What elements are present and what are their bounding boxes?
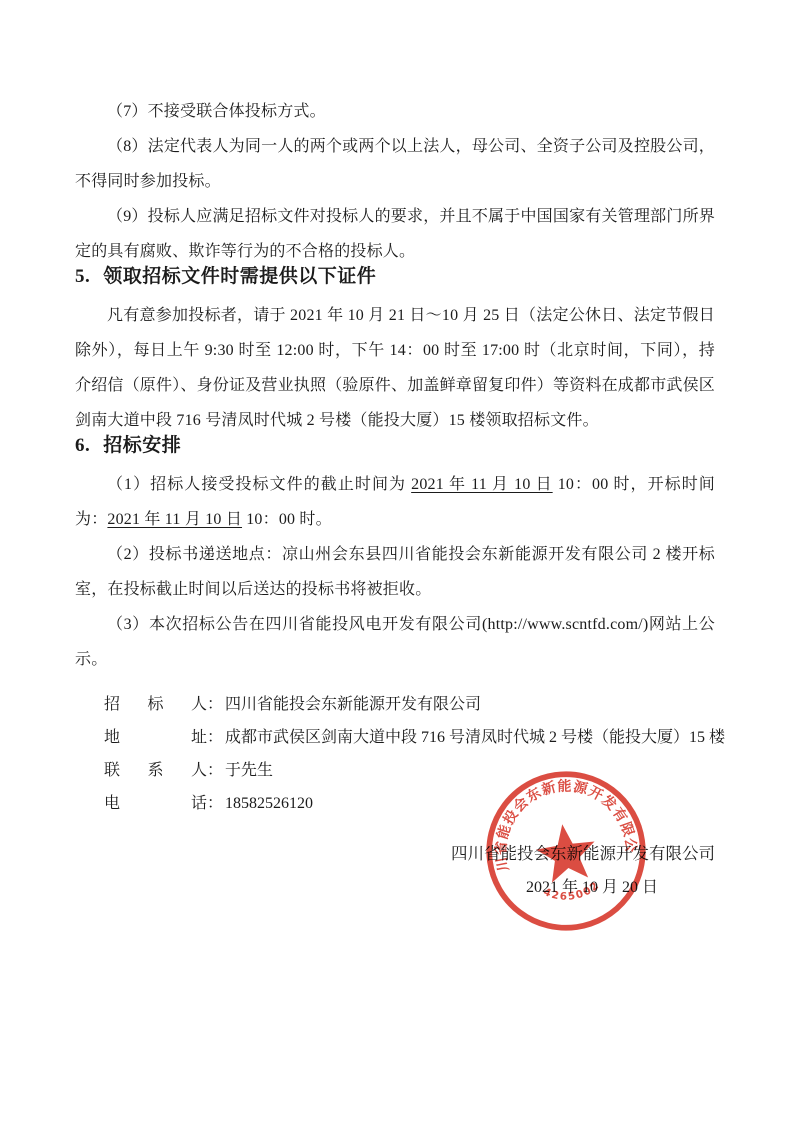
contact-colon: ： [207,762,223,779]
plain-text-run: （1）招标人接受投标文件的截止时间为 [107,476,411,493]
paragraph-item-7: （7）不接受联合体投标方式。 [75,94,715,129]
contact-value-phone: 18582526120 [225,795,313,812]
contact-value-address: 成都市武侯区剑南大道中段 716 号清凤时代城 2 号楼（能投大厦）15 楼 [225,729,725,746]
label-char: 电 [104,787,120,820]
contact-label-bidder: 招标人 [104,688,207,721]
section-6-item-2: （2）投标书递送地点：凉山州会东县四川省能投会东新能源开发有限公司 2 楼开标室… [75,537,715,607]
contact-label-person: 联系人 [104,754,207,787]
underlined-date-text: 2021 年 11 月 10 日 [107,511,242,528]
label-char: 系 [147,754,163,787]
contact-row-address: 地址：成都市武侯区剑南大道中段 716 号清凤时代城 2 号楼（能投大厦）15 … [104,721,715,754]
contact-block: 招标人：四川省能投会东新能源开发有限公司 地址：成都市武侯区剑南大道中段 716… [104,688,715,820]
signature-date: 2021 年 10 月 20 日 [75,876,658,900]
section-6-title: 招标安排 [103,435,181,456]
contact-row-bidder: 招标人：四川省能投会东新能源开发有限公司 [104,688,715,721]
signature-company: 四川省能投会东新能源开发有限公司 [75,842,715,866]
contact-colon: ： [207,729,223,746]
contact-row-person: 联系人：于先生 [104,754,715,787]
label-char: 址 [191,721,207,754]
contact-colon: ： [207,696,223,713]
label-char: 招 [104,688,120,721]
plain-text-run: 10：00 时。 [242,511,332,528]
contact-label-address: 地址 [104,721,207,754]
contact-row-phone: 电话：18582526120 [104,787,715,820]
underlined-date-text: 2021 年 11 月 10 日 [411,476,553,493]
document-page: （7）不接受联合体投标方式。 （8）法定代表人为同一人的两个或两个以上法人，母公… [0,0,794,1123]
section-5-body: 凡有意参加投标者，请于 2021 年 10 月 21 日～10 月 25 日（法… [75,298,715,438]
paragraph-item-8: （8）法定代表人为同一人的两个或两个以上法人，母公司、全资子公司及控股公司，不得… [75,129,715,199]
contact-colon: ： [207,795,223,812]
label-char: 标 [147,688,163,721]
label-char: 地 [104,721,120,754]
document-content: （7）不接受联合体投标方式。 （8）法定代表人为同一人的两个或两个以上法人，母公… [0,0,794,900]
section-6-item-3: （3）本次招标公告在四川省能投风电开发有限公司(http://www.scntf… [75,607,715,677]
contact-label-phone: 电话 [104,787,207,820]
label-char: 话 [191,787,207,820]
section-6-number: 6. [75,435,90,456]
section-5-title: 领取招标文件时需提供以下证件 [103,266,376,287]
contact-value-bidder: 四川省能投会东新能源开发有限公司 [225,696,481,713]
label-char: 人 [191,754,207,787]
label-char: 联 [104,754,120,787]
section-5-number: 5. [75,266,90,287]
signature-block: 四川省能投会东新能源开发有限公司 2021 年 10 月 20 日 [75,842,715,900]
section-6-item-1: （1）招标人接受投标文件的截止时间为 2021 年 11 月 10 日 10：0… [75,467,715,537]
contact-value-person: 于先生 [225,762,273,779]
label-char: 人 [191,688,207,721]
